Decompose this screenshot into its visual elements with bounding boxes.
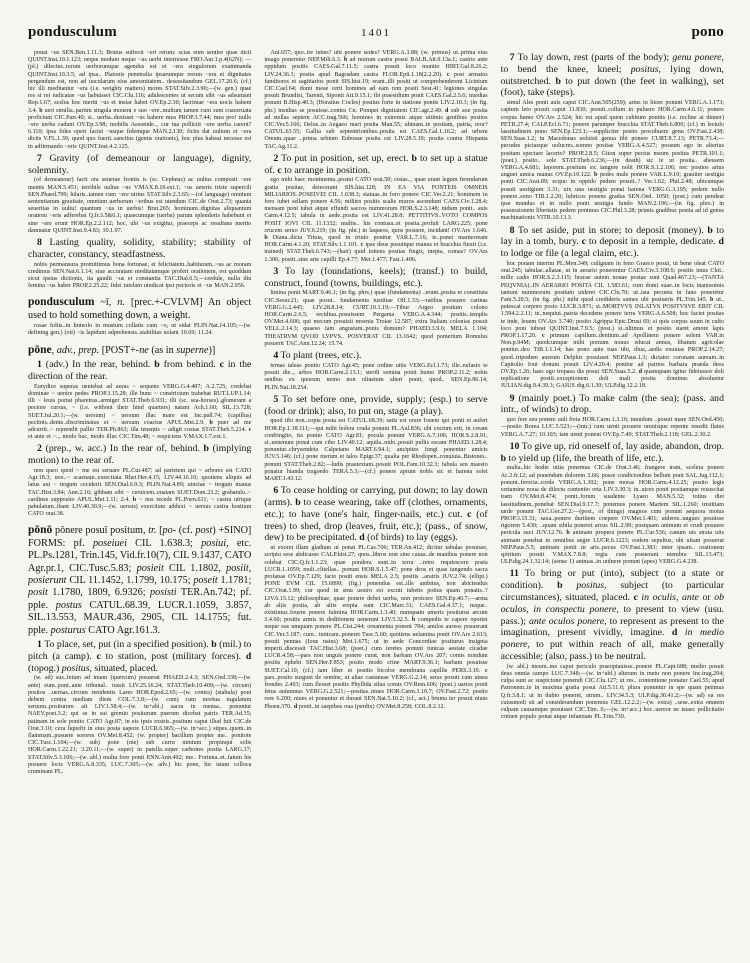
sense-definition: 4 To plant (trees, etc.). <box>264 350 487 362</box>
column-3: 7 To lay down, rest (parts of the body);… <box>501 50 724 942</box>
sense-definition: 8 Lasting quality, solidity, stability; … <box>28 237 251 261</box>
sense-definition: 1 (adv.) In the rear, behind. b from beh… <box>28 359 251 383</box>
citation-block: simul Ales ponit auis caput CIC.Arat.505… <box>501 100 724 222</box>
sense-definition: 6 To cease holding or carrying, put down… <box>264 485 487 544</box>
sense-definition: 8 To set aside, put in store; to deposit… <box>501 225 724 260</box>
citation-block: non queo quod ~ me est seruare PL.Cur.48… <box>28 468 251 518</box>
citation-block: ut exoret illam gladium ut ponat PL.Cas.… <box>264 545 487 711</box>
sense-definition: 7 Gravity (of demeanour or language), di… <box>28 153 251 177</box>
sense-definition: 7 To lay down, rest (parts of the body);… <box>501 52 724 99</box>
sense-definition: 5 To set before one, provide, supply; (e… <box>264 394 487 418</box>
column-1: ponat ~us SEN.Ben.1.11.3; Brutus suffeci… <box>28 50 251 942</box>
running-head-left: pondusculum <box>28 24 260 41</box>
sense-definition: 2 To put in position, set up, erect. b t… <box>264 153 487 177</box>
sense-definition: 3 To lay (foundations, keels); (transf.)… <box>264 266 487 290</box>
entry-headword: pōne, adv., prep. [POST+-ne (as in super… <box>28 344 251 357</box>
citation-block: rosae foliis..in linteolo in mustum coll… <box>28 323 251 337</box>
text-columns: ponat ~us SEN.Ben.1.11.3; Brutus suffeci… <box>28 50 724 942</box>
citation-block: quod tibi non..copia posta est CATUL.68.… <box>264 418 487 483</box>
running-head-right: pono <box>492 24 724 41</box>
entry-headword: pōnō pōnere posuī positum, tr. [po- (cf.… <box>28 524 251 637</box>
sense-definition: 11 To bring or put (into), subject (to a… <box>501 568 724 662</box>
entry-headword: pondusculum ~ī, n. [prec.+-CVLVM] An obj… <box>28 296 251 322</box>
sense-definition: 9 (mainly poet.) To make calm (the sea);… <box>501 393 724 417</box>
sense-definition: 1 To place, set, put (in a specified pos… <box>28 639 251 674</box>
citation-block: Eurydice superas ueniebat ad auras ~ seq… <box>28 384 251 442</box>
citation-block: hoc ponam interim PL.Men.349; culignam i… <box>501 261 724 391</box>
column-2: Aul.657; quo..ire iubes? ubi ponere sede… <box>264 50 487 942</box>
page-number: 1401 <box>260 27 492 39</box>
citation-block: (w. abl.) meum..me caput periculo praeop… <box>501 664 724 722</box>
citation-block: multa..hic hodie uitia ponemus CIC.de Or… <box>501 465 724 566</box>
dictionary-page-scan: pondusculum 1401 pono ponat ~us SEN.Ben.… <box>0 0 750 963</box>
citation-block: ponat ~us SEN.Ben.1.11.3; Brutus suffeci… <box>28 50 251 151</box>
citation-block: (w. ad) sus..fetum ad imam (quercum) pos… <box>28 675 251 776</box>
sense-definition: 2 (prep., w. acc.) In the rear of, behin… <box>28 443 251 467</box>
sense-definition: 10 To give up, rid oneself of, lay aside… <box>501 441 724 465</box>
citation-block: ternas taleas ponito CATO Agr.45; pone o… <box>264 363 487 392</box>
citation-block: nobis permansura promittimus bona fortun… <box>28 262 251 291</box>
citation-block: limina ponit MART.9.46.1; (in fig. phrs.… <box>264 290 487 348</box>
citation-block: quo fere seu ponere uult freta HOR.Carm.… <box>501 417 724 439</box>
citation-block: (of demeanour) facit ora seuerae frontis… <box>28 177 251 235</box>
running-header: pondusculum 1401 pono <box>28 24 724 41</box>
citation-block: ego mihi haec monimenta..posiui CATO ora… <box>264 177 487 263</box>
citation-block: Aul.657; quo..ire iubes? ubi ponere sede… <box>264 50 487 151</box>
